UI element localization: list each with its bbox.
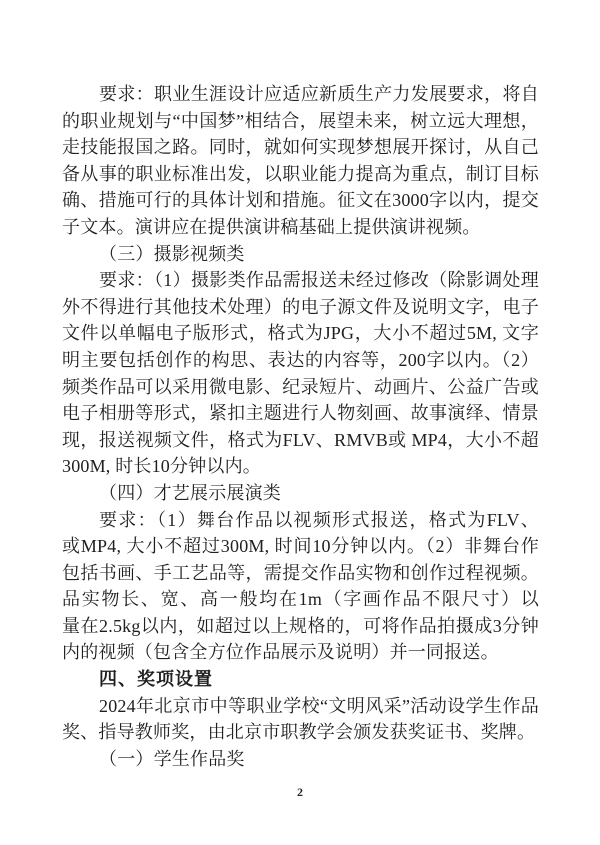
document-page: 要求：职业生涯设计应适应新质生产力发展要求，将自己的职业规划与“中国梦”相结合，… <box>0 0 600 845</box>
text-line: （四）才艺展示展演类 <box>62 480 539 507</box>
text-line: 频类作品可以采用微电影、纪录短片、动画片、公益广告或者 <box>62 374 539 401</box>
text-line: 量在2.5kg以内，如超过以上规格的，可将作品拍摄成3分钟以 <box>62 613 539 640</box>
text-line: （一）学生作品奖 <box>62 746 539 773</box>
text-line: 备从事的职业标准出发，以职业能力提高为重点，制订目标明 <box>62 161 539 188</box>
text-line: 要求：（1）舞台作品以视频形式报送，格式为FLV、RMVB <box>62 507 539 534</box>
text-line: 内的视频（包含全方位作品展示及说明）并一同报送。 <box>62 639 539 666</box>
text-line: 或MP4, 大小不超过300M, 时间10分钟以内。（2）非舞台作品 <box>62 533 539 560</box>
text-line: 300M, 时长10分钟以内。 <box>62 453 539 480</box>
section-heading: 四、奖项设置 <box>62 666 539 693</box>
text-block: 要求：职业生涯设计应适应新质生产力发展要求，将自己的职业规划与“中国梦”相结合，… <box>62 81 539 772</box>
text-line: 子文本。演讲应在提供演讲稿基础上提供演讲视频。 <box>62 214 539 241</box>
text-line: 要求：（1）摄影类作品需报送未经过修改（除影调处理 <box>62 267 539 294</box>
text-line: 明主要包括创作的构思、表达的内容等，200字以内。（2）视 <box>62 347 539 374</box>
text-line: 电子相册等形式，紧扣主题进行人物刻画、故事演绎、情景再 <box>62 400 539 427</box>
text-line: 包括书画、手工艺品等，需提交作品实物和创作过程视频。作 <box>62 560 539 587</box>
text-line: （三）摄影视频类 <box>62 241 539 268</box>
text-line: 奖、指导教师奖，由北京市职教学会颁发获奖证书、奖牌。 <box>62 719 539 746</box>
page-number: 2 <box>0 785 600 800</box>
text-line: 文件以单幅电子版形式，格式为JPG，大小不超过5M, 文字说 <box>62 320 539 347</box>
text-line: 2024年北京市中等职业学校“文明风采”活动设学生作品 <box>62 693 539 720</box>
text-line: 要求：职业生涯设计应适应新质生产力发展要求，将自己 <box>62 81 539 108</box>
text-line: 的职业规划与“中国梦”相结合，展望未来，树立远大理想， <box>62 108 539 135</box>
text-line: 品实物长、宽、高一般均在1m（字画作品不限尺寸）以内，重 <box>62 586 539 613</box>
text-line: 外不得进行其他技术处理）的电子源文件及说明文字，电子源 <box>62 294 539 321</box>
text-line: 走技能报国之路。同时，就如何实现梦想展开探讨，从自己准 <box>62 134 539 161</box>
text-line: 现，报送视频文件，格式为FLV、RMVB或 MP4，大小不超过 <box>62 427 539 454</box>
text-line: 确、措施可行的具体计划和措施。征文在3000字以内，提交电 <box>62 187 539 214</box>
